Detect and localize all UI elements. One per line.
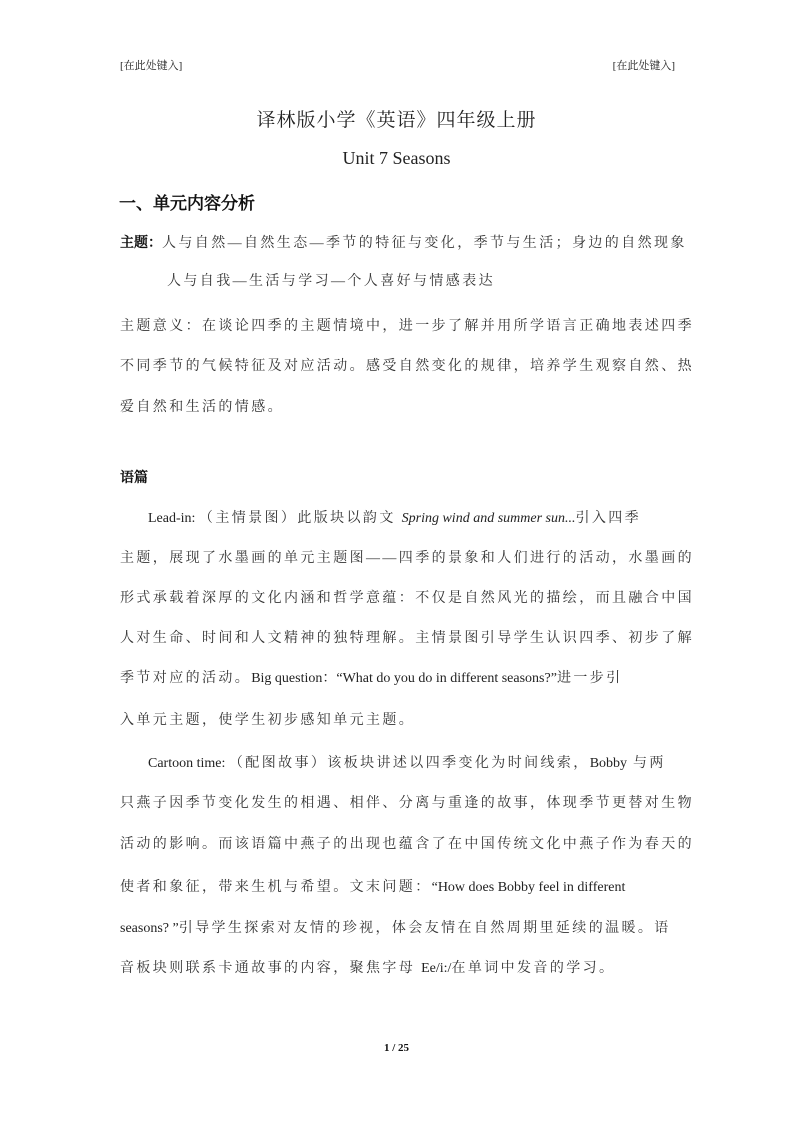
theme-text-1: 人与自然—自然生态—季节的特征与变化，季节与生活；身边的自然现象 <box>162 236 687 251</box>
phonics-letter: Ee/i:/ <box>421 961 451 976</box>
cartoon-text: （配图故事）该板块讲述以四季变化为时间线索， <box>229 756 590 771</box>
leadin-text-5: 季节对应的活动。 <box>120 671 251 686</box>
leadin-text: （主情景图）此版块以韵文 <box>199 511 402 526</box>
leadin-text-tail: 引入四季 <box>575 511 641 526</box>
meaning-line-1: 主题意义：在谈论四季的主题情境中，进一步了解并用所学语言正确地表述四季 <box>120 315 676 335</box>
header-right-placeholder[interactable]: [在此处键入] <box>613 57 675 73</box>
ending-question: “How does Bobby feel in different <box>432 880 626 895</box>
document-title: 译林版小学《英语》四年级上册 <box>0 105 793 132</box>
leadin-line-5: 季节对应的活动。Big question：“What do you do in … <box>120 667 676 687</box>
cartoon-text-6-tail: 在单词中发音的学习。 <box>451 961 615 976</box>
theme-line-2: 人与自我—生活与学习—个人喜好与情感表达 <box>167 270 723 290</box>
meaning-line-3: 爱自然和生活的情感。 <box>120 396 676 416</box>
cartoon-text-4: 使者和象征，带来生机与希望。文末问题： <box>120 880 432 895</box>
cartoon-line-3: 活动的影响。而该语篇中燕子的出现也蕴含了在中国传统文化中燕子作为春天的 <box>120 833 676 853</box>
cartoon-line-2: 只燕子因季节变化发生的相遇、相伴、分离与重逢的故事，体现季节更替对生物 <box>120 792 676 812</box>
leadin-line-1: Lead-in: （主情景图）此版块以韵文 Spring wind and su… <box>148 507 676 527</box>
header-left-placeholder[interactable]: [在此处键入] <box>120 57 182 73</box>
cartoon-line-4: 使者和象征，带来生机与希望。文末问题：“How does Bobby feel … <box>120 876 676 896</box>
cartoon-line-6: 音板块则联系卡通故事的内容，聚焦字母 Ee/i:/在单词中发音的学习。 <box>120 957 676 977</box>
cartoon-line-1: Cartoon time: （配图故事）该板块讲述以四季变化为时间线索，Bobb… <box>148 752 676 772</box>
theme-label: 主题： <box>120 235 162 251</box>
leadin-line-6: 入单元主题，使学生初步感知单元主题。 <box>120 709 676 729</box>
theme-line-1: 主题：人与自然—自然生态—季节的特征与变化，季节与生活；身边的自然现象 <box>120 232 676 252</box>
big-question: Big question：“What do you do in differen… <box>251 671 557 686</box>
cartoon-label: Cartoon time: <box>148 756 229 771</box>
document-subtitle: Unit 7 Seasons <box>0 148 793 169</box>
cartoon-text-6: 音板块则联系卡通故事的内容，聚焦字母 <box>120 961 421 976</box>
leadin-label: Lead-in: <box>148 511 199 526</box>
cartoon-text-5: 引导学生探索对友情的珍视，体会友情在自然周期里延续的温暖。语 <box>179 921 671 936</box>
leadin-rhyme-title: Spring wind and summer sun... <box>402 511 576 526</box>
leadin-line-3: 形式承载着深厚的文化内涵和哲学意蕴：不仅是自然风光的描绘，而且融合中国 <box>120 587 676 607</box>
page-number: 1 / 25 <box>0 1042 793 1054</box>
meaning-line-2: 不同季节的气候特征及对应活动。感受自然变化的规律，培养学生观察自然、热 <box>120 355 676 375</box>
ending-question-tail: seasons? ” <box>120 921 179 936</box>
document-page: [在此处键入] [在此处键入] 译林版小学《英语》四年级上册 Unit 7 Se… <box>0 0 793 1122</box>
leadin-text-5-tail: 进一步引 <box>557 671 623 686</box>
section-heading-unit-analysis: 一、单元内容分析 <box>119 189 255 214</box>
bobby-name: Bobby <box>590 756 627 771</box>
section-heading-discourse: 语篇 <box>120 467 148 487</box>
cartoon-line-5: seasons? ”引导学生探索对友情的珍视，体会友情在自然周期里延续的温暖。语 <box>120 917 676 937</box>
leadin-line-4: 人对生命、时间和人文精神的独特理解。主情景图引导学生认识四季、初步了解 <box>120 627 676 647</box>
leadin-line-2: 主题，展现了水墨画的单元主题图——四季的景象和人们进行的活动，水墨画的 <box>120 547 676 567</box>
cartoon-text-tail: 与两 <box>627 756 666 771</box>
